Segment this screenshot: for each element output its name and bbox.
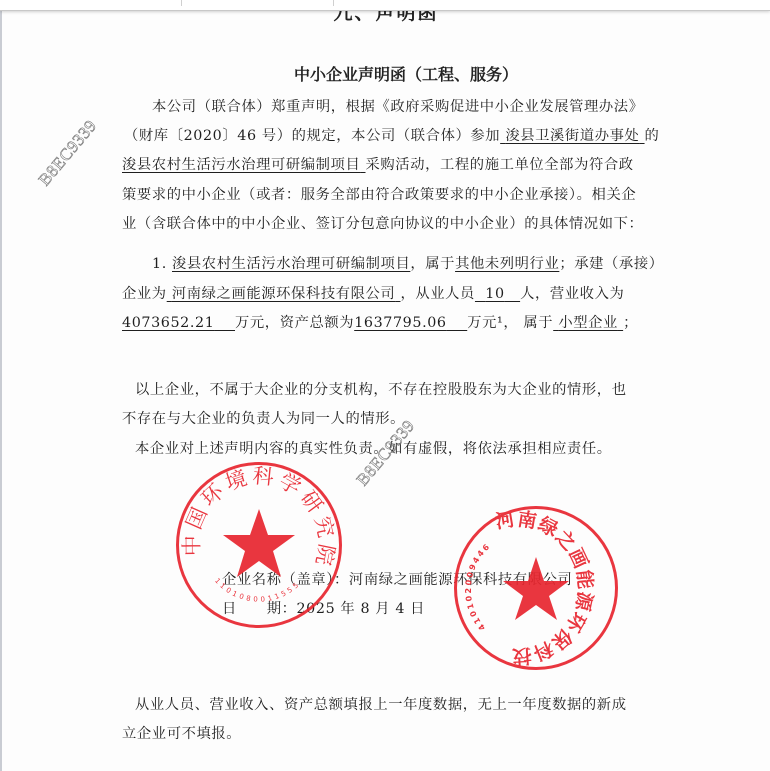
item-number: 1. bbox=[152, 256, 167, 272]
para1-line1: 本公司（联合体）郑重声明，根据《政府采购促进中小企业发展管理办法》 bbox=[152, 96, 644, 116]
belongs-label: ，属于 bbox=[410, 256, 455, 272]
assets-unit: 万元¹， bbox=[467, 315, 518, 331]
para1-line2: （财库〔2020〕46 号）的规定，本公司（联合体）参加 浚县卫溪街道办事处 的 bbox=[124, 125, 659, 145]
para1-line4: 策要求的中小企业（或者：服务全部由符合政策要求的中小企业承接）。相关企 bbox=[122, 184, 636, 204]
item1-line3: 4073652.21 万元，资产总额为1637795.06 万元¹， 属于 小型… bbox=[122, 312, 638, 332]
company-field: 河南绿之画能源环保科技有限公司 bbox=[167, 286, 401, 302]
para1-line2-pre: （财库〔2020〕46 号）的规定，本公司（联合体）参加 bbox=[124, 128, 500, 144]
watermark-text: B8EC9339 bbox=[35, 116, 101, 190]
footnote-line2: 立企业可不填报。 bbox=[122, 723, 241, 743]
seal-star-icon: 中国环境科学研究院 1101080011555 bbox=[179, 465, 339, 625]
enterprise-type-field: 小型企业 bbox=[553, 315, 623, 331]
enterprise-label: 企业为 bbox=[122, 286, 167, 302]
item1-line1: 1. 浚县农村生活污水治理可研编制项目，属于其他未列明行业；承建（承接） bbox=[152, 253, 664, 273]
revenue-field: 4073652.21 bbox=[122, 315, 235, 331]
page-title: 中小企业声明函（工程、服务） bbox=[2, 62, 770, 85]
item-end: ； bbox=[623, 315, 638, 331]
assets-field: 1637795.06 bbox=[354, 315, 467, 331]
employees-label: ，从业人员 bbox=[400, 286, 474, 302]
revenue-unit: 万元，资产总额为 bbox=[235, 315, 354, 331]
employees-unit: 人，营业收入为 bbox=[520, 286, 624, 302]
official-seal-right: 河南绿之画能源环保科技有限公司 4101020094462 bbox=[454, 506, 618, 670]
para1-line2-post: 的 bbox=[645, 128, 660, 144]
official-seal-left: 中国环境科学研究院 1101080011555 bbox=[176, 462, 342, 628]
svg-text:1101080011555: 1101080011555 bbox=[213, 577, 302, 604]
seal-star-icon: 河南绿之画能源环保科技有限公司 4101020094462 bbox=[457, 509, 615, 667]
para1-line3-post: 采购活动，工程的施工单位全部为符合政 bbox=[366, 157, 634, 173]
top-bar-separator bbox=[333, 0, 334, 6]
document-page: 九、声明函 中小企业声明函（工程、服务） 本公司（联合体）郑重声明，根据《政府采… bbox=[2, 10, 770, 771]
para2-line2: 不存在与大企业的负责人为同一人的情形。 bbox=[122, 408, 405, 428]
contractor-label: ；承建（承接） bbox=[559, 256, 663, 272]
top-bar-separator bbox=[181, 0, 182, 6]
item1-line2: 企业为 河南绿之画能源环保科技有限公司 ，从业人员 10 人，营业收入为 bbox=[122, 283, 624, 303]
item-project-field: 浚县农村生活污水治理可研编制项目 bbox=[172, 256, 410, 272]
para1-line5: 业（含联合体中的中小企业、签订分包意向协议的中小企业）的具体情况如下： bbox=[122, 213, 643, 233]
employees-field: 10 bbox=[475, 286, 520, 302]
para2-line1: 以上企业，不属于大企业的分支机构，不存在控股股东为大企业的情形，也 bbox=[135, 379, 627, 399]
section-heading-cut: 九、声明函 bbox=[2, 10, 770, 25]
para1-line3: 浚县农村生活污水治理可研编制项目 采购活动，工程的施工单位全部为符合政 bbox=[122, 154, 634, 174]
industry-field: 其他未列明行业 bbox=[455, 256, 559, 272]
type-label: 属于 bbox=[523, 315, 553, 331]
footnote-line1: 从业人员、营业收入、资产总额填报上一年度数据，无上一年度数据的新成 bbox=[135, 694, 627, 714]
project-field: 浚县农村生活污水治理可研编制项目 bbox=[122, 157, 366, 173]
svg-text:4101020094462: 4101020094462 bbox=[457, 509, 493, 632]
viewer-top-bar bbox=[0, 0, 770, 11]
purchaser-field: 浚县卫溪街道办事处 bbox=[500, 128, 644, 144]
